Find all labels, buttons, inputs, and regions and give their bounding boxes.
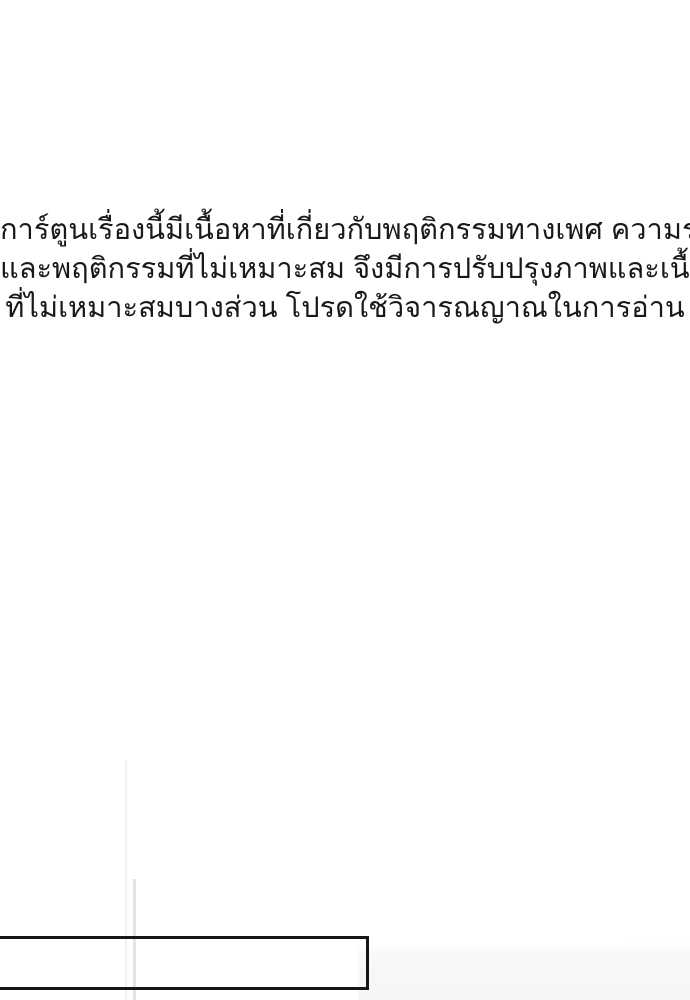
disclaimer-line-3: ที่ไม่เหมาะสมบางส่วน โปรดใช้วิจารณญาณในก… <box>0 289 690 328</box>
webtoon-page: การ์ตูนเรื่องนี้มีเนื้อหาที่เกี่ยวกับพฤต… <box>0 0 690 1000</box>
speech-box <box>0 936 369 990</box>
content-disclaimer: การ์ตูนเรื่องนี้มีเนื้อหาที่เกี่ยวกับพฤต… <box>0 211 690 328</box>
bottom-right-shading <box>358 943 690 1000</box>
disclaimer-line-2: และพฤติกรรมที่ไม่เหมาะสม จึงมีการปรับปรุ… <box>0 250 690 289</box>
disclaimer-line-1: การ์ตูนเรื่องนี้มีเนื้อหาที่เกี่ยวกับพฤต… <box>0 211 690 250</box>
